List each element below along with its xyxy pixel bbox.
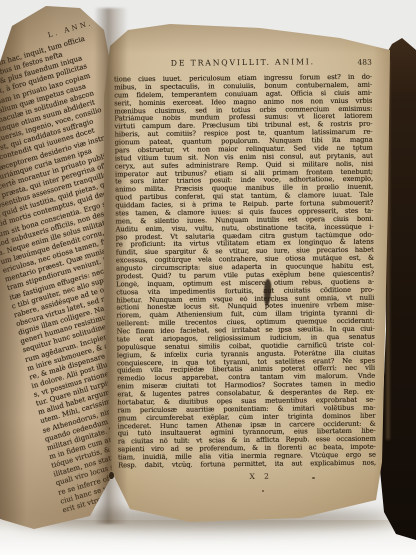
- book-photo: L. ANN. SENECÆ ne. Sed quia in hac, inqu…: [0, 0, 416, 555]
- left-page-shading: [0, 0, 121, 536]
- right-page-shading: [98, 18, 394, 532]
- ink-speck: [312, 477, 315, 479]
- wormhole: [109, 472, 114, 479]
- right-page: DE TRANQVILLIT. ANIMI. 483 tione ciues i…: [98, 18, 394, 532]
- ink-speck: [262, 490, 264, 492]
- left-page: L. ANN. SENECÆ ne. Sed quia in hac, inqu…: [0, 0, 121, 536]
- ink-speck: [356, 150, 358, 152]
